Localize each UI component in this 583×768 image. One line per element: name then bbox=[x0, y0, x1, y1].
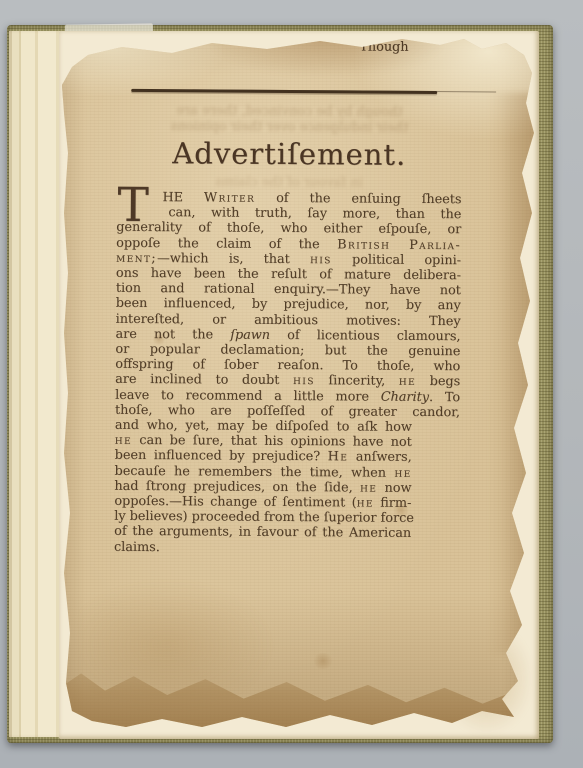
text-segment: are not the bbox=[115, 327, 230, 343]
page-heading: Advertiſement. bbox=[117, 136, 462, 172]
text-segment: becauſe he remembers the time, when bbox=[115, 463, 395, 480]
text-segment: ſincerity, bbox=[315, 374, 399, 390]
book-cover-cloth: though by be convinced, there are their … bbox=[7, 25, 553, 743]
text-segment: his bbox=[293, 373, 315, 388]
text-segment: oppoſes.—His change of ſentiment ( bbox=[114, 494, 356, 511]
text-segment: anſwers, bbox=[348, 450, 412, 465]
text-segment: begs bbox=[416, 374, 460, 389]
text-segment: Charity bbox=[381, 389, 429, 404]
text-segment: ment; bbox=[116, 251, 157, 266]
text-segment: he bbox=[357, 496, 374, 511]
text-segment: leave to recommend a little more bbox=[115, 387, 381, 404]
text-segment: of licentious clamours, bbox=[270, 328, 461, 344]
text-segment: —which is, that bbox=[157, 251, 310, 267]
text-segment: HE bbox=[162, 190, 204, 205]
body-text: HE Writer of the enſuing ſheetscan, with… bbox=[114, 190, 462, 557]
text-segment: claims. bbox=[114, 539, 160, 554]
text-segment: oppoſe the claim of the bbox=[116, 235, 337, 252]
showthrough-text: though by be convinced, there are bbox=[117, 103, 462, 120]
photo-of-book: though by be convinced, there are their … bbox=[0, 0, 583, 768]
showthrough-text: their indulgence over their opinions bbox=[117, 119, 462, 136]
text-segment: of the enſuing ſheets bbox=[255, 191, 461, 207]
showthrough-text: in favour of the claims bbox=[117, 174, 462, 191]
text-segment: Writer bbox=[204, 190, 255, 205]
text-segment: firm- bbox=[374, 496, 412, 511]
advertisement-page: though by be convinced, there are their … bbox=[62, 33, 540, 731]
text-segment: can, with truth, ſay more, than the bbox=[168, 205, 461, 222]
foxing-spot bbox=[312, 653, 334, 669]
text-segment: had ſtrong prejudices, on the ſide, bbox=[114, 479, 360, 496]
text-segment: been influenced by prejudice? bbox=[115, 448, 328, 464]
text-segment: he bbox=[360, 480, 377, 495]
text-segment: of the arguments, in favour of the Ameri… bbox=[114, 524, 411, 541]
text-segment: . To bbox=[429, 390, 460, 405]
text-segment: British Parlia- bbox=[337, 237, 461, 253]
text-segment: can be ſure, that his opinions have not bbox=[132, 433, 412, 450]
text-segment: and who, yet, may be diſpoſed to aſk how bbox=[115, 418, 412, 435]
body-line: claims. bbox=[114, 539, 411, 556]
text-segment: are inclined to doubt bbox=[115, 372, 293, 388]
text-segment: ſpawn bbox=[230, 327, 270, 342]
text-segment: his bbox=[310, 252, 332, 267]
text-segment: political opini- bbox=[332, 252, 461, 268]
text-segment: now bbox=[377, 480, 411, 495]
text-segment: He bbox=[328, 450, 349, 465]
text-segment: he bbox=[399, 374, 416, 389]
text-segment: he bbox=[115, 433, 132, 448]
text-segment: he bbox=[394, 465, 411, 480]
